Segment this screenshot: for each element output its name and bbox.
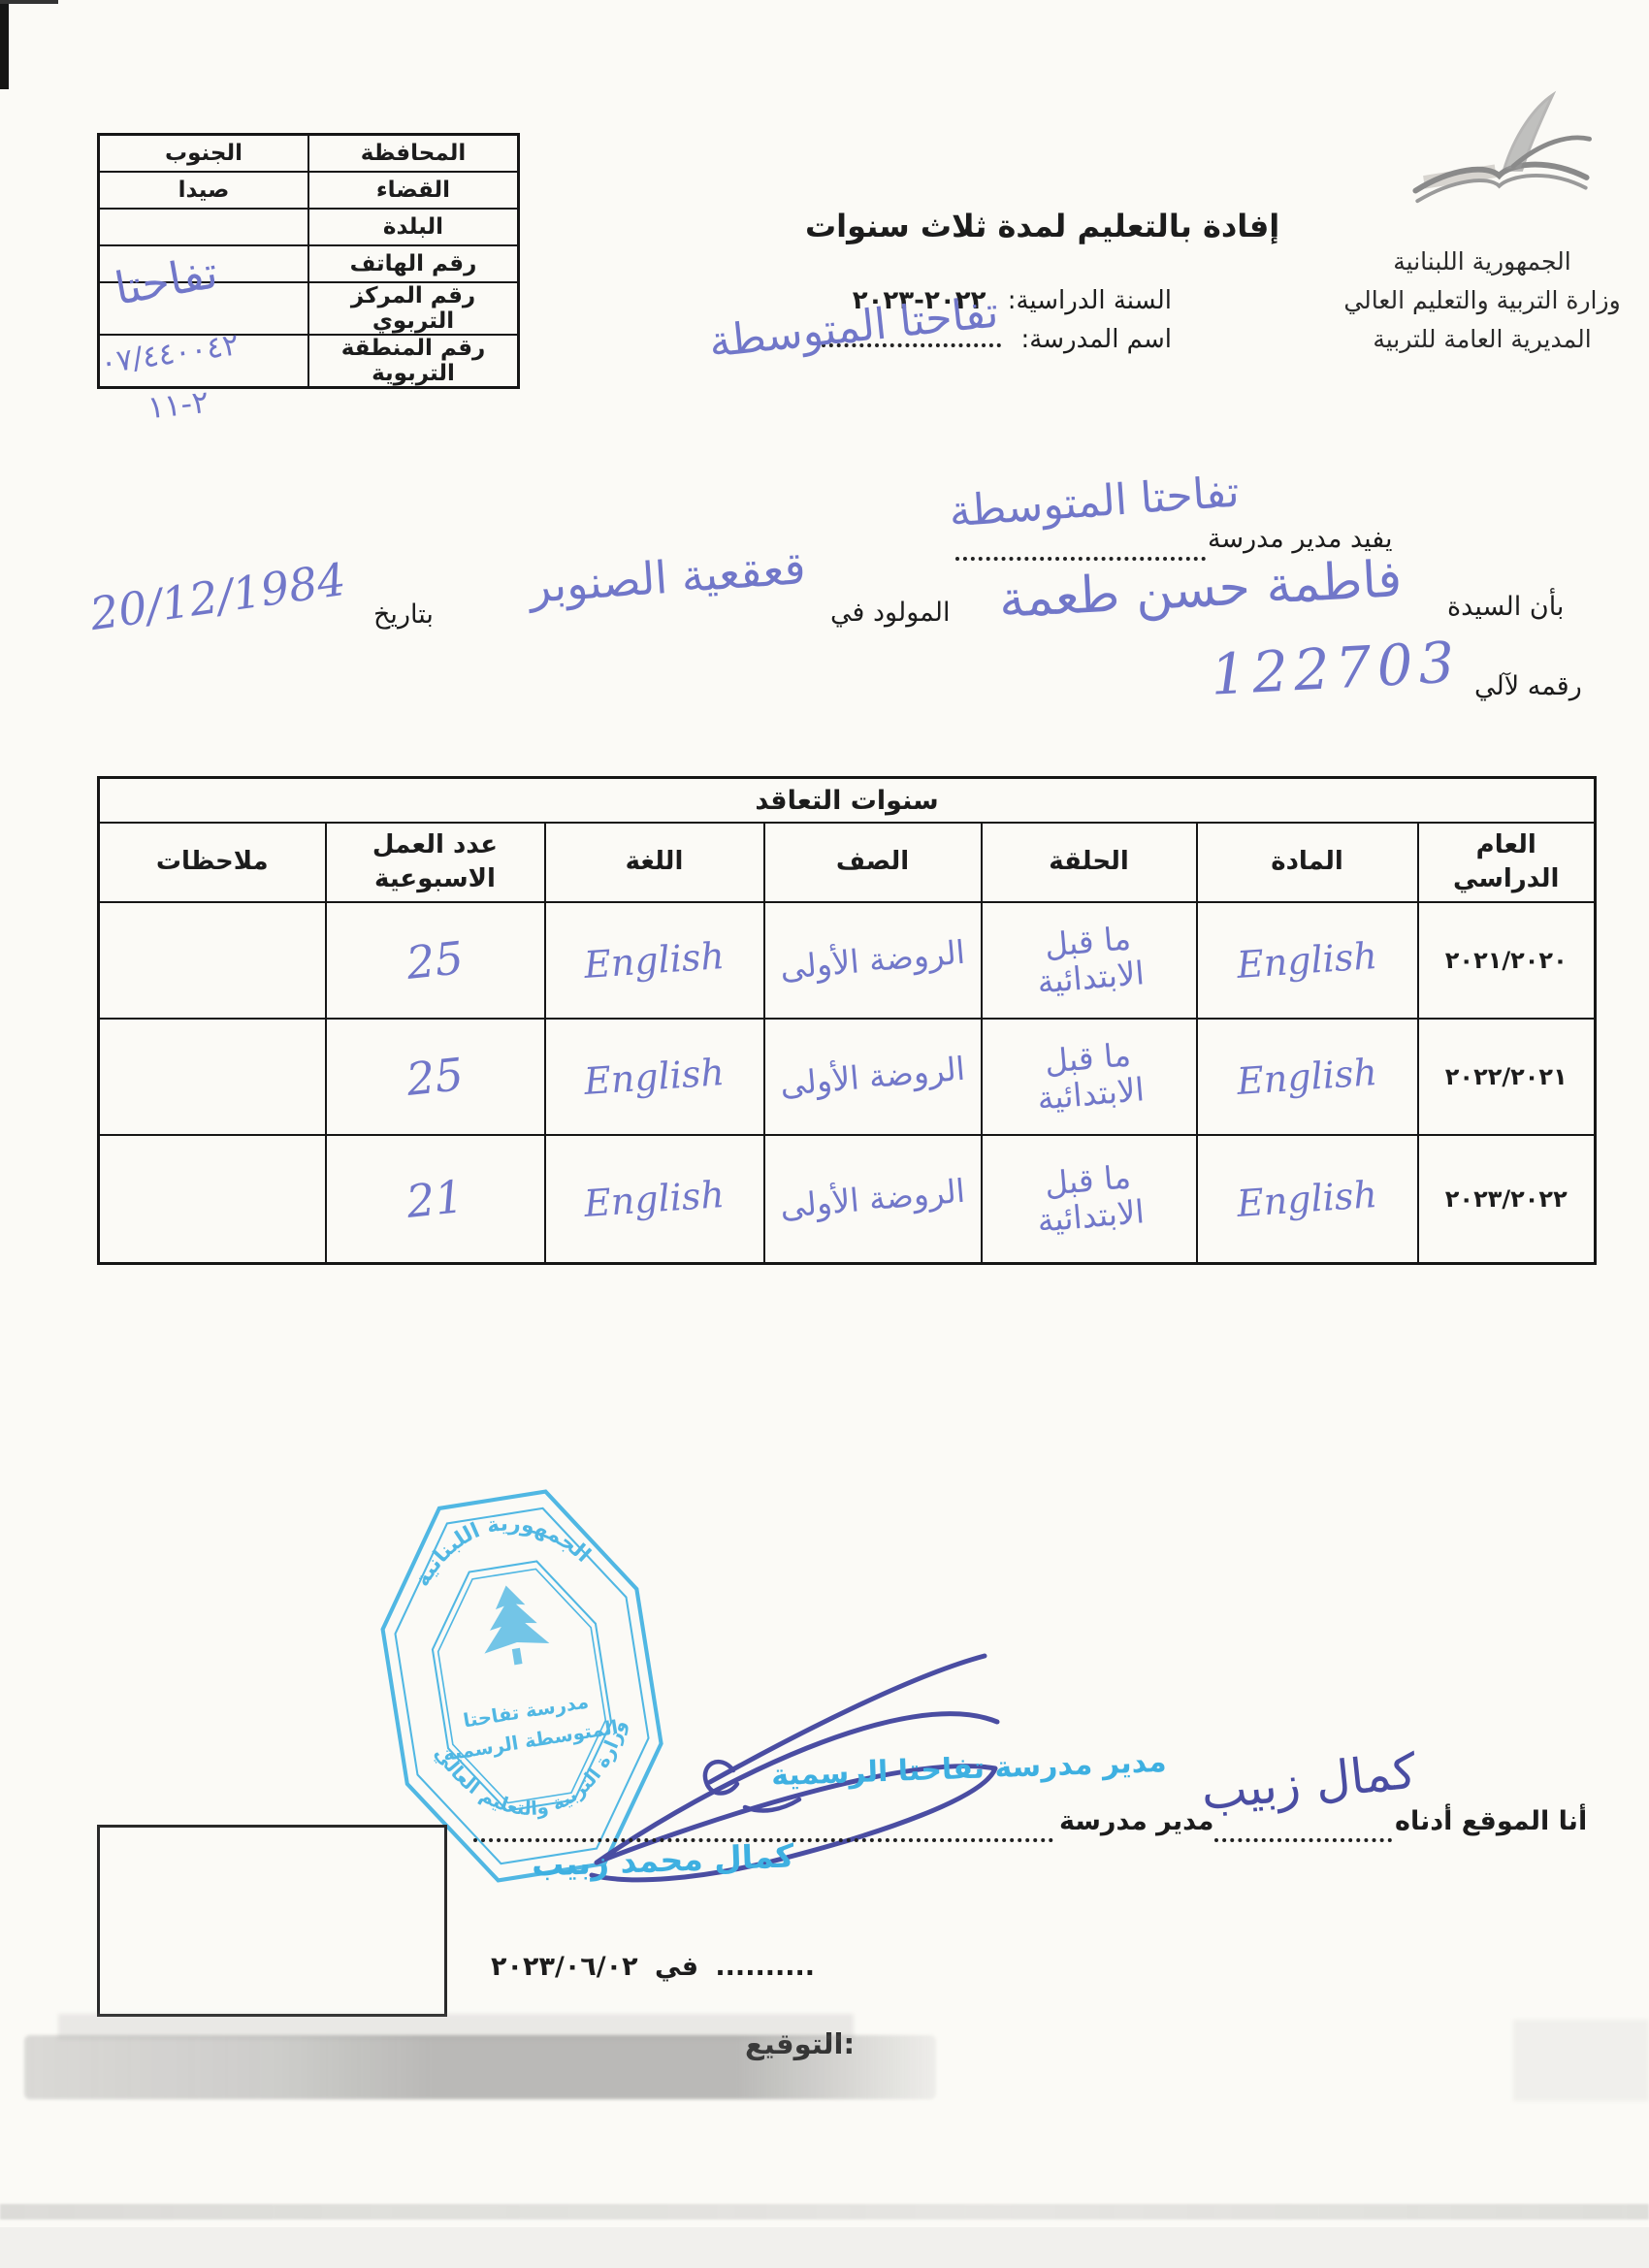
header-subject: المادة [1197,823,1418,902]
header-grade: الصف [764,823,982,902]
header-notes: ملاحظات [99,823,326,902]
center-number-value: ١١-٢ [145,383,210,426]
info-label-district: القضاء [308,172,519,209]
cycle-handwritten: ما قبل الابتدائية [986,1032,1193,1121]
document-title: إفادة بالتعليم لمدة ثلاث سنوات [805,208,1188,244]
ministry-line-republic: الجمهورية اللبنانية [1331,243,1633,281]
info-value-district: صيدا [99,172,309,209]
year-value: ٢٠٢٢/٢٠٢١ [1445,1063,1568,1090]
scan-bottom-band [0,2227,1649,2268]
table-row: البلدة [99,209,519,245]
grade-handwritten: الروضة الأولى [779,934,967,986]
signature-label: التوقيع: [745,2027,855,2060]
cycle-handwritten: ما قبل الابتدائية [986,1154,1193,1244]
stamp-ring-top-text: الجمهورية اللبنانية [403,1498,598,1594]
ministry-line-directorate: المديرية العامة للتربية [1331,320,1633,359]
date-label: بتاريخ [373,599,434,630]
info-label-education-center: رقم المركز التربوي [308,282,519,335]
grade-handwritten: الروضة الأولى [779,1051,967,1102]
scan-smudge-right [1513,2020,1649,2101]
notes-cell [99,1135,326,1264]
born-in-label: المولود في [830,598,950,628]
ministry-line-ministry: وزارة التربية والتعليم العالي [1331,281,1633,320]
header-academic-year: العام الدراسي [1418,823,1596,902]
scan-line-band [0,2204,1649,2219]
declaration-name-handwritten: كمال زبيب [1199,1743,1419,1822]
declaration-dotted-2 [473,1836,1053,1842]
table-row: المحافظة الجنوب [99,135,519,173]
flying-page [1503,95,1552,171]
birthdate-handwritten: 20/12/1984 [87,553,349,640]
language-handwritten: English [583,1173,727,1225]
header-cycle: الحلقة [982,823,1197,902]
empty-frame-box [97,1825,447,2017]
notes-cell [99,902,326,1019]
certifies-label: بأن السيدة [1447,592,1564,622]
declaration-label: أنا الموقع أدناه [1395,1806,1587,1836]
info-value-governorate: الجنوب [99,135,309,173]
scan-smudge-upper [58,2014,854,2039]
table-row: ٢٠٢٢/٢٠٢١ English ما قبل الابتدائية الرو… [99,1019,1596,1135]
auto-number-handwritten: 122703 [1209,629,1462,707]
statement-line1-dotted [955,555,1206,561]
table-title-row: سنوات التعاقد [99,778,1596,824]
ministry-logo [1402,87,1600,238]
issue-date-line: .......... في ٢٠٢٣/٠٦/٠٢ [456,1952,815,1982]
ministry-header: الجمهورية اللبنانية وزارة التربية والتعل… [1331,243,1633,359]
subject-handwritten: English [1236,1173,1379,1225]
open-book-logo-icon [1402,87,1600,238]
info-label-education-region: رقم المنطقة التربوية [308,335,519,388]
weekly-hours-handwritten: 25 [404,931,467,989]
subject-handwritten: English [1236,934,1379,987]
year-value: ٢٠٢٣/٢٠٢٢ [1445,1185,1568,1213]
year-value: ٢٠٢١/٢٠٢٠ [1445,947,1568,974]
info-value-town [99,209,309,245]
cedar-tree-icon [474,1580,552,1669]
grade-handwritten: الروضة الأولى [779,1173,967,1224]
scanned-teaching-certificate: الجمهورية اللبنانية وزارة التربية والتعل… [0,0,1649,2268]
declaration-dotted-1 [1214,1836,1392,1842]
date-prefix: في [655,1952,698,1982]
header-weekly-hours: عدد العمل الاسبوعية [326,823,545,902]
info-label-governorate: المحافظة [308,135,519,173]
svg-text:الجمهورية اللبنانية: الجمهورية اللبنانية [403,1498,598,1594]
issue-date-value: ٢٠٢٣/٠٦/٠٢ [491,1952,638,1982]
cycle-handwritten: ما قبل الابتدائية [986,916,1193,1005]
role-label: مدير مدرسة [1059,1806,1213,1836]
contract-table-title: سنوات التعاقد [99,778,1596,824]
info-label-phone: رقم الهاتف [308,245,519,282]
auto-number-label: رقمه لآلي [1474,671,1582,701]
table-row: القضاء صيدا [99,172,519,209]
center-number-handwritten: ١١-٢ [145,383,210,426]
subject-handwritten: English [1236,1051,1379,1103]
birthplace-handwritten: قعقعية الصنوبر [501,539,834,615]
header-language: اللغة [545,823,764,902]
weekly-hours-handwritten: 25 [404,1048,467,1106]
info-label-town: البلدة [308,209,519,245]
table-row: ٢٠٢٣/٢٠٢٢ English ما قبل الابتدائية الرو… [99,1135,1596,1264]
contract-years-table: سنوات التعاقد العام الدراسي المادة الحلق… [97,776,1597,1265]
scan-artifact-left-strip [0,0,9,89]
statement-line1-label: يفيد مدير مدرسة [1208,524,1392,554]
notes-cell [99,1019,326,1135]
table-row: ٢٠٢١/٢٠٢٠ English ما قبل الابتدائية الرو… [99,902,1596,1019]
weekly-hours-handwritten: 21 [404,1170,467,1228]
scan-artifact-top-line [0,0,58,4]
language-handwritten: English [583,934,727,987]
language-handwritten: English [583,1051,727,1103]
table-header-row: العام الدراسي المادة الحلقة الصف اللغة ع… [99,823,1596,902]
date-dots: .......... [715,1952,815,1982]
